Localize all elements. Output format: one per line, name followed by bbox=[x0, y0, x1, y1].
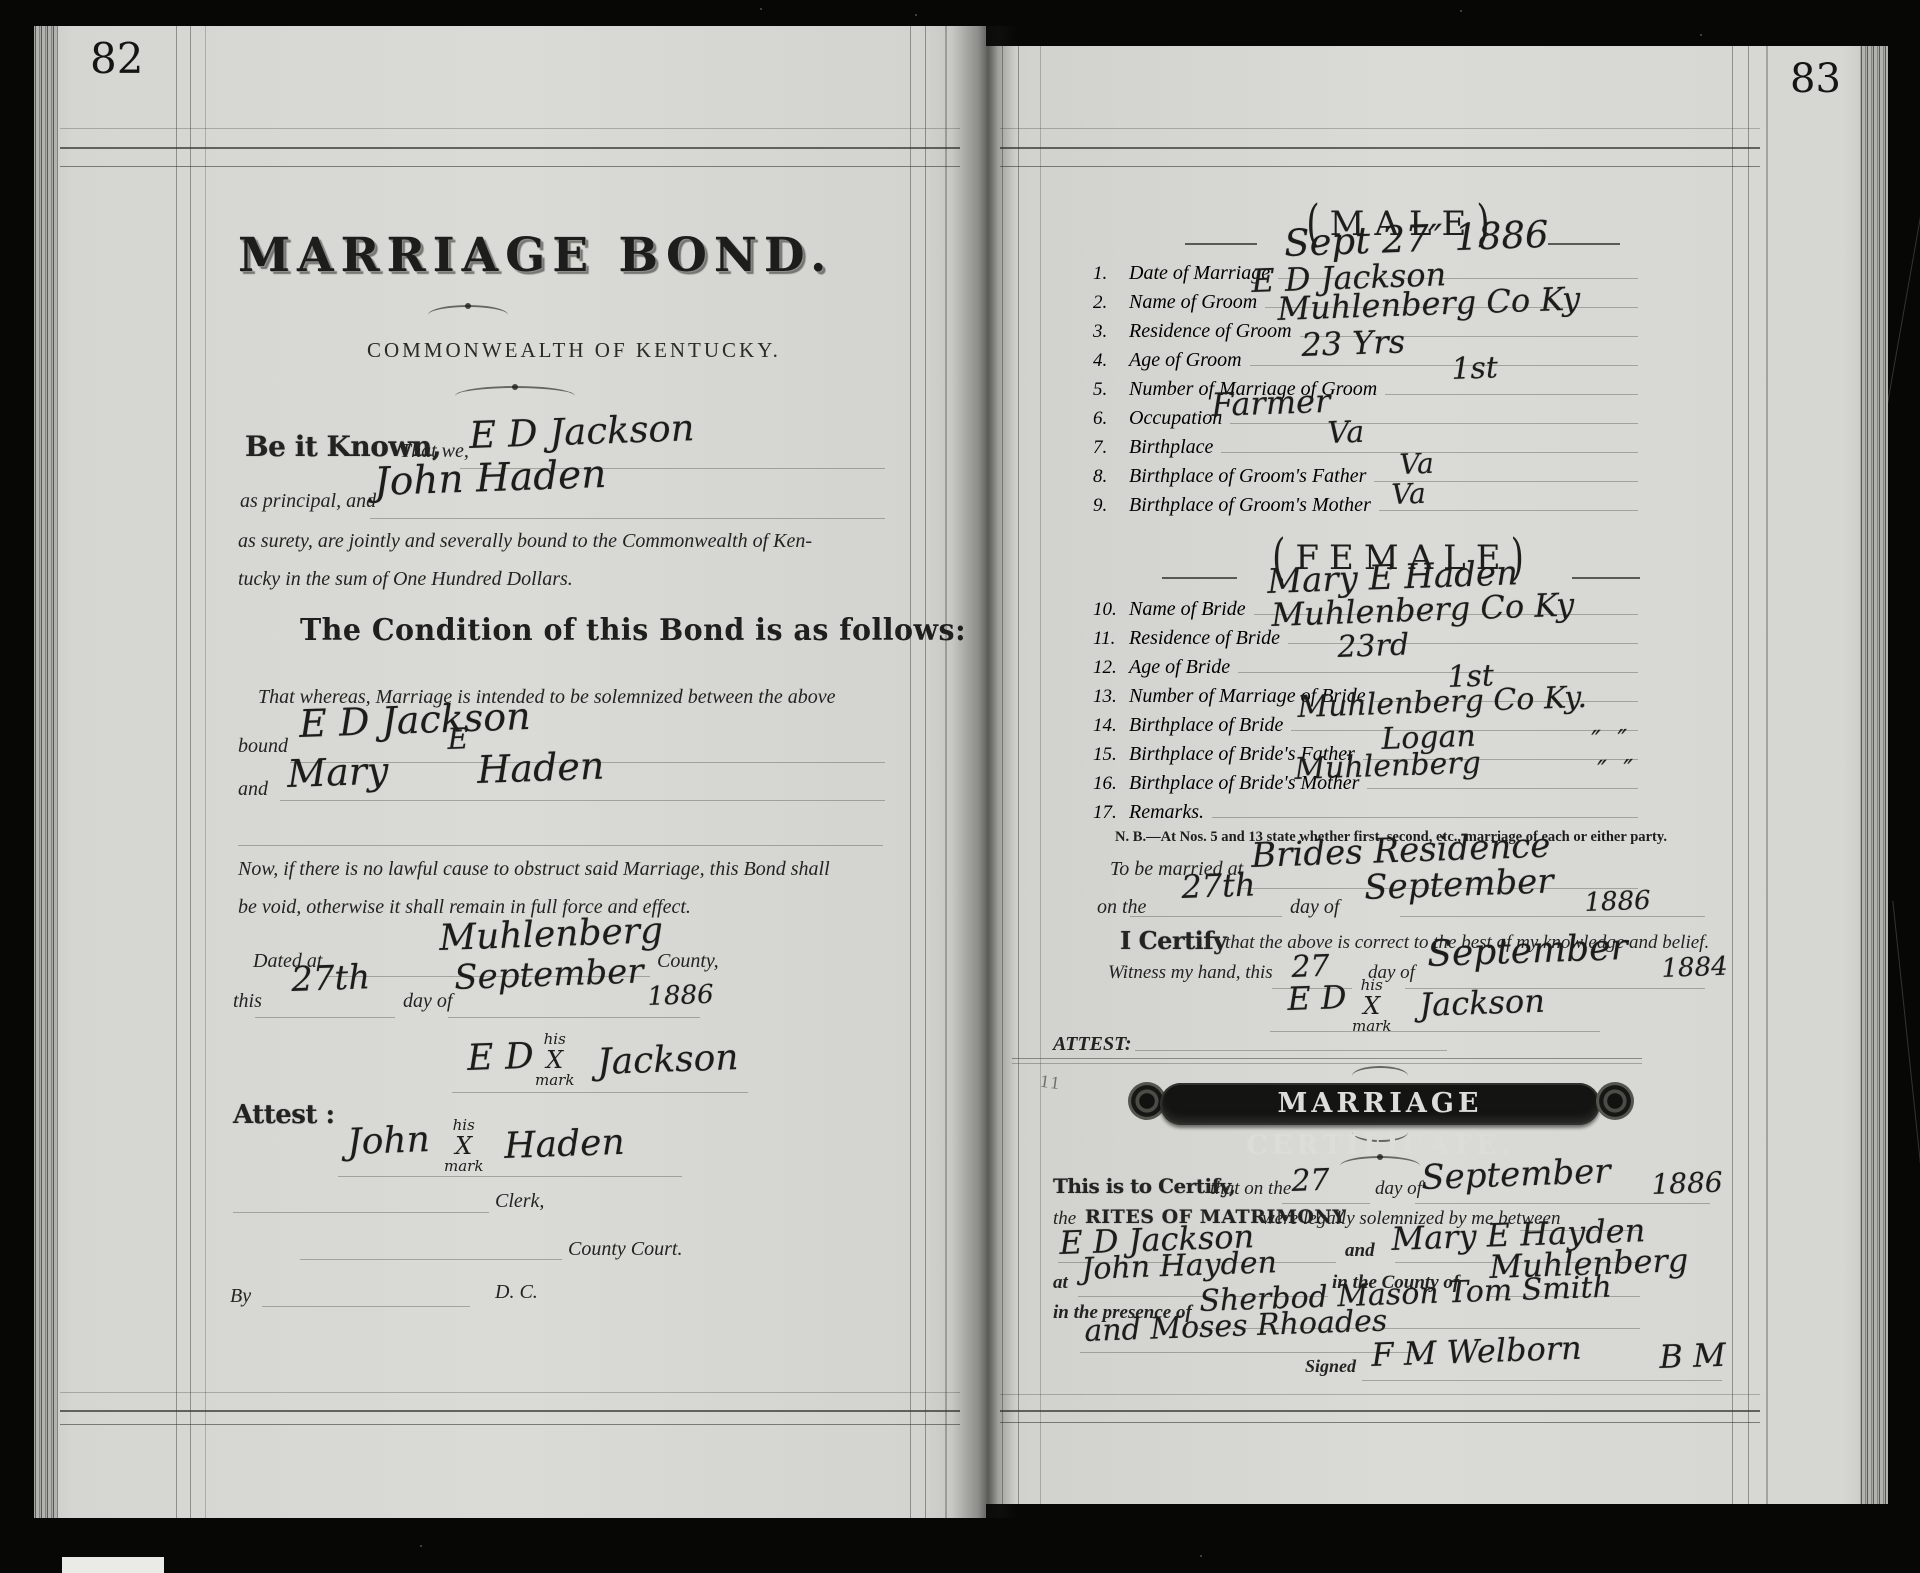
cert-and-label: and bbox=[1345, 1240, 1375, 1262]
bride-mother-birthplace-value: Muhlenberg bbox=[1294, 746, 1482, 787]
surety-name-handwriting: John Haden bbox=[373, 452, 607, 505]
row-number: 13. bbox=[1093, 686, 1129, 708]
row-label: Birthplace of Groom's Father bbox=[1129, 465, 1366, 488]
attest-label-right: ATTEST: bbox=[1053, 1033, 1132, 1056]
cert-at-place: John Hayden bbox=[1081, 1245, 1278, 1287]
rule-line bbox=[1000, 147, 1760, 149]
cert-month-value: September bbox=[1421, 1151, 1612, 1198]
row-label: Date of Marriage bbox=[1129, 262, 1270, 285]
row-label: Age of Bride bbox=[1129, 656, 1230, 679]
page-number-82: 82 bbox=[90, 34, 143, 83]
row-number: 6. bbox=[1093, 408, 1129, 430]
bond-title: MARRIAGE BOND. bbox=[238, 228, 833, 283]
row-number: 4. bbox=[1093, 350, 1129, 372]
row-label: Birthplace of Bride bbox=[1129, 714, 1283, 737]
rule-line bbox=[1012, 1063, 1642, 1064]
witness-lead: Witness my hand, this bbox=[1108, 962, 1273, 984]
rule-line bbox=[1000, 128, 1760, 129]
cert-day-of-label: day of bbox=[1375, 1178, 1422, 1200]
cert-groom-signature-last: Jackson bbox=[1419, 982, 1546, 1024]
day-of-label: day of bbox=[1290, 896, 1339, 919]
officiant-suffix: B M bbox=[1659, 1336, 1727, 1376]
page-number-83: 83 bbox=[1790, 56, 1841, 102]
heading-dash bbox=[1185, 243, 1257, 245]
principal-name-handwriting: E D Jackson bbox=[468, 406, 695, 457]
condition-heading: The Condition of this Bond is as follows… bbox=[300, 613, 966, 648]
occupation-value: Farmer bbox=[1211, 382, 1331, 424]
row-number: 15. bbox=[1093, 744, 1129, 766]
mark-label: mark bbox=[535, 1073, 574, 1088]
row-number: 7. bbox=[1093, 437, 1129, 459]
form-row-7: 7.Birthplace bbox=[1093, 436, 1638, 459]
margin-line bbox=[190, 26, 191, 1518]
row-fill-line bbox=[1212, 802, 1638, 818]
row-label: Name of Bride bbox=[1129, 598, 1246, 621]
margin-line bbox=[1748, 46, 1749, 1504]
his-label: his bbox=[535, 1032, 574, 1047]
witness-signature-first: John bbox=[347, 1119, 431, 1163]
film-speck bbox=[1200, 1555, 1202, 1557]
page-edge-right bbox=[1860, 46, 1888, 1504]
row-label: Age of Groom bbox=[1129, 349, 1242, 372]
margin-line bbox=[1732, 46, 1733, 1504]
clerk-label: Clerk, bbox=[495, 1190, 544, 1213]
row-fill-line bbox=[1385, 379, 1638, 395]
margin-line bbox=[1040, 46, 1041, 1504]
his-mark-stack: his X mark bbox=[535, 1032, 574, 1088]
film-speck bbox=[915, 14, 917, 16]
groom-marriage-number-value: 1st bbox=[1451, 350, 1499, 387]
day-of-label: day of bbox=[403, 990, 452, 1013]
rule-line bbox=[1000, 1394, 1760, 1395]
witness-month-value: September bbox=[1427, 927, 1629, 975]
margin-line bbox=[205, 26, 206, 1518]
his-label: his bbox=[1352, 978, 1391, 993]
attest-label: Attest : bbox=[233, 1100, 335, 1130]
rule-line bbox=[1000, 166, 1760, 167]
row-number: 14. bbox=[1093, 715, 1129, 737]
film-scratch bbox=[1892, 901, 1920, 1199]
film-speck bbox=[1700, 34, 1702, 36]
film-speck bbox=[1460, 10, 1462, 12]
row-label: Remarks. bbox=[1129, 801, 1204, 824]
cert-day-value: 27 bbox=[1291, 1163, 1330, 1199]
marriage-year-value: 1886 bbox=[1584, 886, 1651, 918]
row-label: Residence of Groom bbox=[1129, 320, 1292, 343]
dc-label: D. C. bbox=[495, 1281, 538, 1304]
margin-line bbox=[925, 26, 926, 1518]
groom-signature-first: E D bbox=[467, 1036, 535, 1079]
margin-line bbox=[945, 26, 947, 1518]
cert-year-value: 1886 bbox=[1651, 1166, 1723, 1201]
form-row-9: 9.Birthplace of Groom's Mother bbox=[1093, 494, 1638, 517]
marriage-month-value: September bbox=[1364, 861, 1555, 908]
mark-label: mark bbox=[444, 1159, 483, 1174]
fill-line bbox=[255, 1017, 395, 1018]
fill-line bbox=[238, 845, 883, 846]
rule-line bbox=[1000, 1422, 1760, 1423]
margin-line bbox=[176, 26, 177, 1518]
row-label: Residence of Bride bbox=[1129, 627, 1280, 650]
pencil-margin-mark: 11 bbox=[1039, 1071, 1063, 1095]
fill-line bbox=[1135, 1050, 1447, 1051]
fill-line bbox=[338, 1176, 682, 1177]
bride-insert-handwriting: E bbox=[447, 721, 469, 756]
row-number: 1. bbox=[1093, 263, 1129, 285]
x-mark: X bbox=[444, 1134, 483, 1158]
bound-label: bound bbox=[238, 735, 288, 758]
this-label: this bbox=[233, 990, 262, 1013]
bond-subtitle: COMMONWEALTH OF KENTUCKY. bbox=[367, 338, 781, 363]
ditto-marks: ″ ″ bbox=[1597, 755, 1634, 786]
row-number: 2. bbox=[1093, 292, 1129, 314]
row-fill-line bbox=[1238, 657, 1638, 673]
officiant-signature: F M Welborn bbox=[1371, 1329, 1583, 1374]
cert-at-label: at bbox=[1053, 1272, 1068, 1294]
county-label: County, bbox=[657, 950, 719, 973]
fill-line bbox=[1415, 1203, 1710, 1204]
and-label: and bbox=[238, 778, 268, 801]
x-mark: X bbox=[1352, 994, 1391, 1018]
rule-line bbox=[60, 166, 960, 167]
banner-rosette-right-icon bbox=[1596, 1082, 1634, 1120]
fill-line bbox=[300, 1259, 562, 1260]
margin-line bbox=[910, 26, 911, 1518]
row-label: Birthplace bbox=[1129, 436, 1213, 459]
as-principal-label: as principal, and bbox=[240, 490, 376, 513]
rule-line bbox=[1000, 1410, 1760, 1412]
row-number: 8. bbox=[1093, 466, 1129, 488]
year-value: 1886 bbox=[647, 980, 714, 1012]
bride-age-value: 23rd bbox=[1337, 628, 1410, 665]
groom-signature-last: Jackson bbox=[597, 1037, 740, 1083]
bound-name-handwriting: E D Jackson bbox=[298, 694, 531, 746]
bride-last-handwriting: Haden bbox=[476, 744, 605, 792]
mark-label: mark bbox=[1352, 1019, 1391, 1034]
fill-line bbox=[233, 1212, 489, 1213]
now-line1: Now, if there is no lawful cause to obst… bbox=[238, 858, 830, 881]
fill-line bbox=[1080, 1352, 1420, 1353]
row-number: 11. bbox=[1093, 628, 1129, 650]
certify-lead: I Certify bbox=[1120, 926, 1227, 955]
fill-line bbox=[1362, 1380, 1722, 1381]
fill-line bbox=[448, 1017, 700, 1018]
marriage-day-value: 27th bbox=[1181, 865, 1256, 906]
his-label: his bbox=[444, 1118, 483, 1133]
row-label: Occupation bbox=[1129, 407, 1222, 430]
page-edge-left bbox=[34, 26, 58, 1518]
film-speck bbox=[760, 8, 762, 10]
row-number: 5. bbox=[1093, 379, 1129, 401]
by-label: By bbox=[230, 1285, 251, 1308]
cert-that-label: that on the bbox=[1210, 1178, 1291, 1200]
heading-dash bbox=[1548, 243, 1620, 245]
heading-dash bbox=[1572, 577, 1640, 579]
rule-line bbox=[60, 1424, 960, 1425]
margin-line bbox=[1002, 46, 1003, 1504]
fill-line bbox=[370, 518, 885, 519]
x-mark: X bbox=[535, 1048, 574, 1072]
fill-line bbox=[1400, 916, 1705, 917]
fill-line bbox=[452, 1092, 748, 1093]
row-label: Name of Groom bbox=[1129, 291, 1257, 314]
month-handwriting: September bbox=[454, 951, 645, 998]
fill-line bbox=[262, 1306, 470, 1307]
certificate-banner: MARRIAGE CERTIFICATE. bbox=[1160, 1083, 1600, 1125]
groom-mother-birthplace-value: Va bbox=[1391, 477, 1426, 511]
row-label: Birthplace of Groom's Mother bbox=[1129, 494, 1371, 517]
book-scan: 82 MARRIAGE BOND. COMMONWEALTH OF KENTUC… bbox=[0, 0, 1920, 1573]
groom-age-value: 23 Yrs bbox=[1301, 322, 1406, 364]
witness-year-value: 1884 bbox=[1661, 952, 1728, 984]
row-number: 10. bbox=[1093, 599, 1129, 621]
row-number: 3. bbox=[1093, 321, 1129, 343]
rule-line bbox=[60, 1392, 960, 1393]
row-number: 12. bbox=[1093, 657, 1129, 679]
groom-birthplace-value: Va bbox=[1327, 415, 1365, 451]
cert-lead: This is to Certify, bbox=[1053, 1174, 1235, 1198]
row-number: 17. bbox=[1093, 802, 1129, 824]
fill-line bbox=[1130, 916, 1282, 917]
form-row-8: 8.Birthplace of Groom's Father bbox=[1093, 465, 1638, 488]
margin-line bbox=[1766, 46, 1768, 1504]
signed-label: Signed bbox=[1305, 1356, 1356, 1377]
on-the-label: on the bbox=[1097, 896, 1146, 919]
fill-line bbox=[1270, 1031, 1600, 1032]
witness-signature-last: Haden bbox=[504, 1122, 626, 1167]
surety-text-line2: tucky in the sum of One Hundred Dollars. bbox=[238, 568, 573, 591]
county-court-label: County Court. bbox=[568, 1238, 682, 1261]
heading-dash bbox=[1162, 577, 1237, 579]
form-row-6: 6.Occupation bbox=[1093, 407, 1638, 430]
rule-line bbox=[60, 1410, 960, 1412]
rule-line bbox=[1012, 1058, 1642, 1059]
his-mark-stack: his X mark bbox=[444, 1118, 483, 1174]
margin-line bbox=[1018, 46, 1019, 1504]
bride-first-handwriting: Mary bbox=[286, 748, 389, 796]
form-row-5: 5.Number of Marriage of Groom bbox=[1093, 378, 1638, 401]
form-row-17: 17.Remarks. bbox=[1093, 801, 1638, 824]
surety-text-line1: as surety, are jointly and severally bou… bbox=[238, 530, 812, 553]
scan-marker bbox=[62, 1557, 164, 1573]
ditto-marks: ″ ″ bbox=[1591, 725, 1628, 756]
cert-groom-signature-first: E D bbox=[1287, 978, 1347, 1018]
film-speck bbox=[420, 1545, 422, 1547]
row-number: 16. bbox=[1093, 773, 1129, 795]
rule-line bbox=[60, 128, 960, 129]
groom-father-birthplace-value: Va bbox=[1399, 447, 1434, 481]
his-mark-stack: his X mark bbox=[1352, 978, 1391, 1034]
fill-line bbox=[280, 800, 885, 801]
rule-line bbox=[60, 147, 960, 149]
fill-line bbox=[1282, 1203, 1370, 1204]
day-handwriting: 27th bbox=[291, 957, 371, 1000]
row-number: 9. bbox=[1093, 495, 1129, 517]
